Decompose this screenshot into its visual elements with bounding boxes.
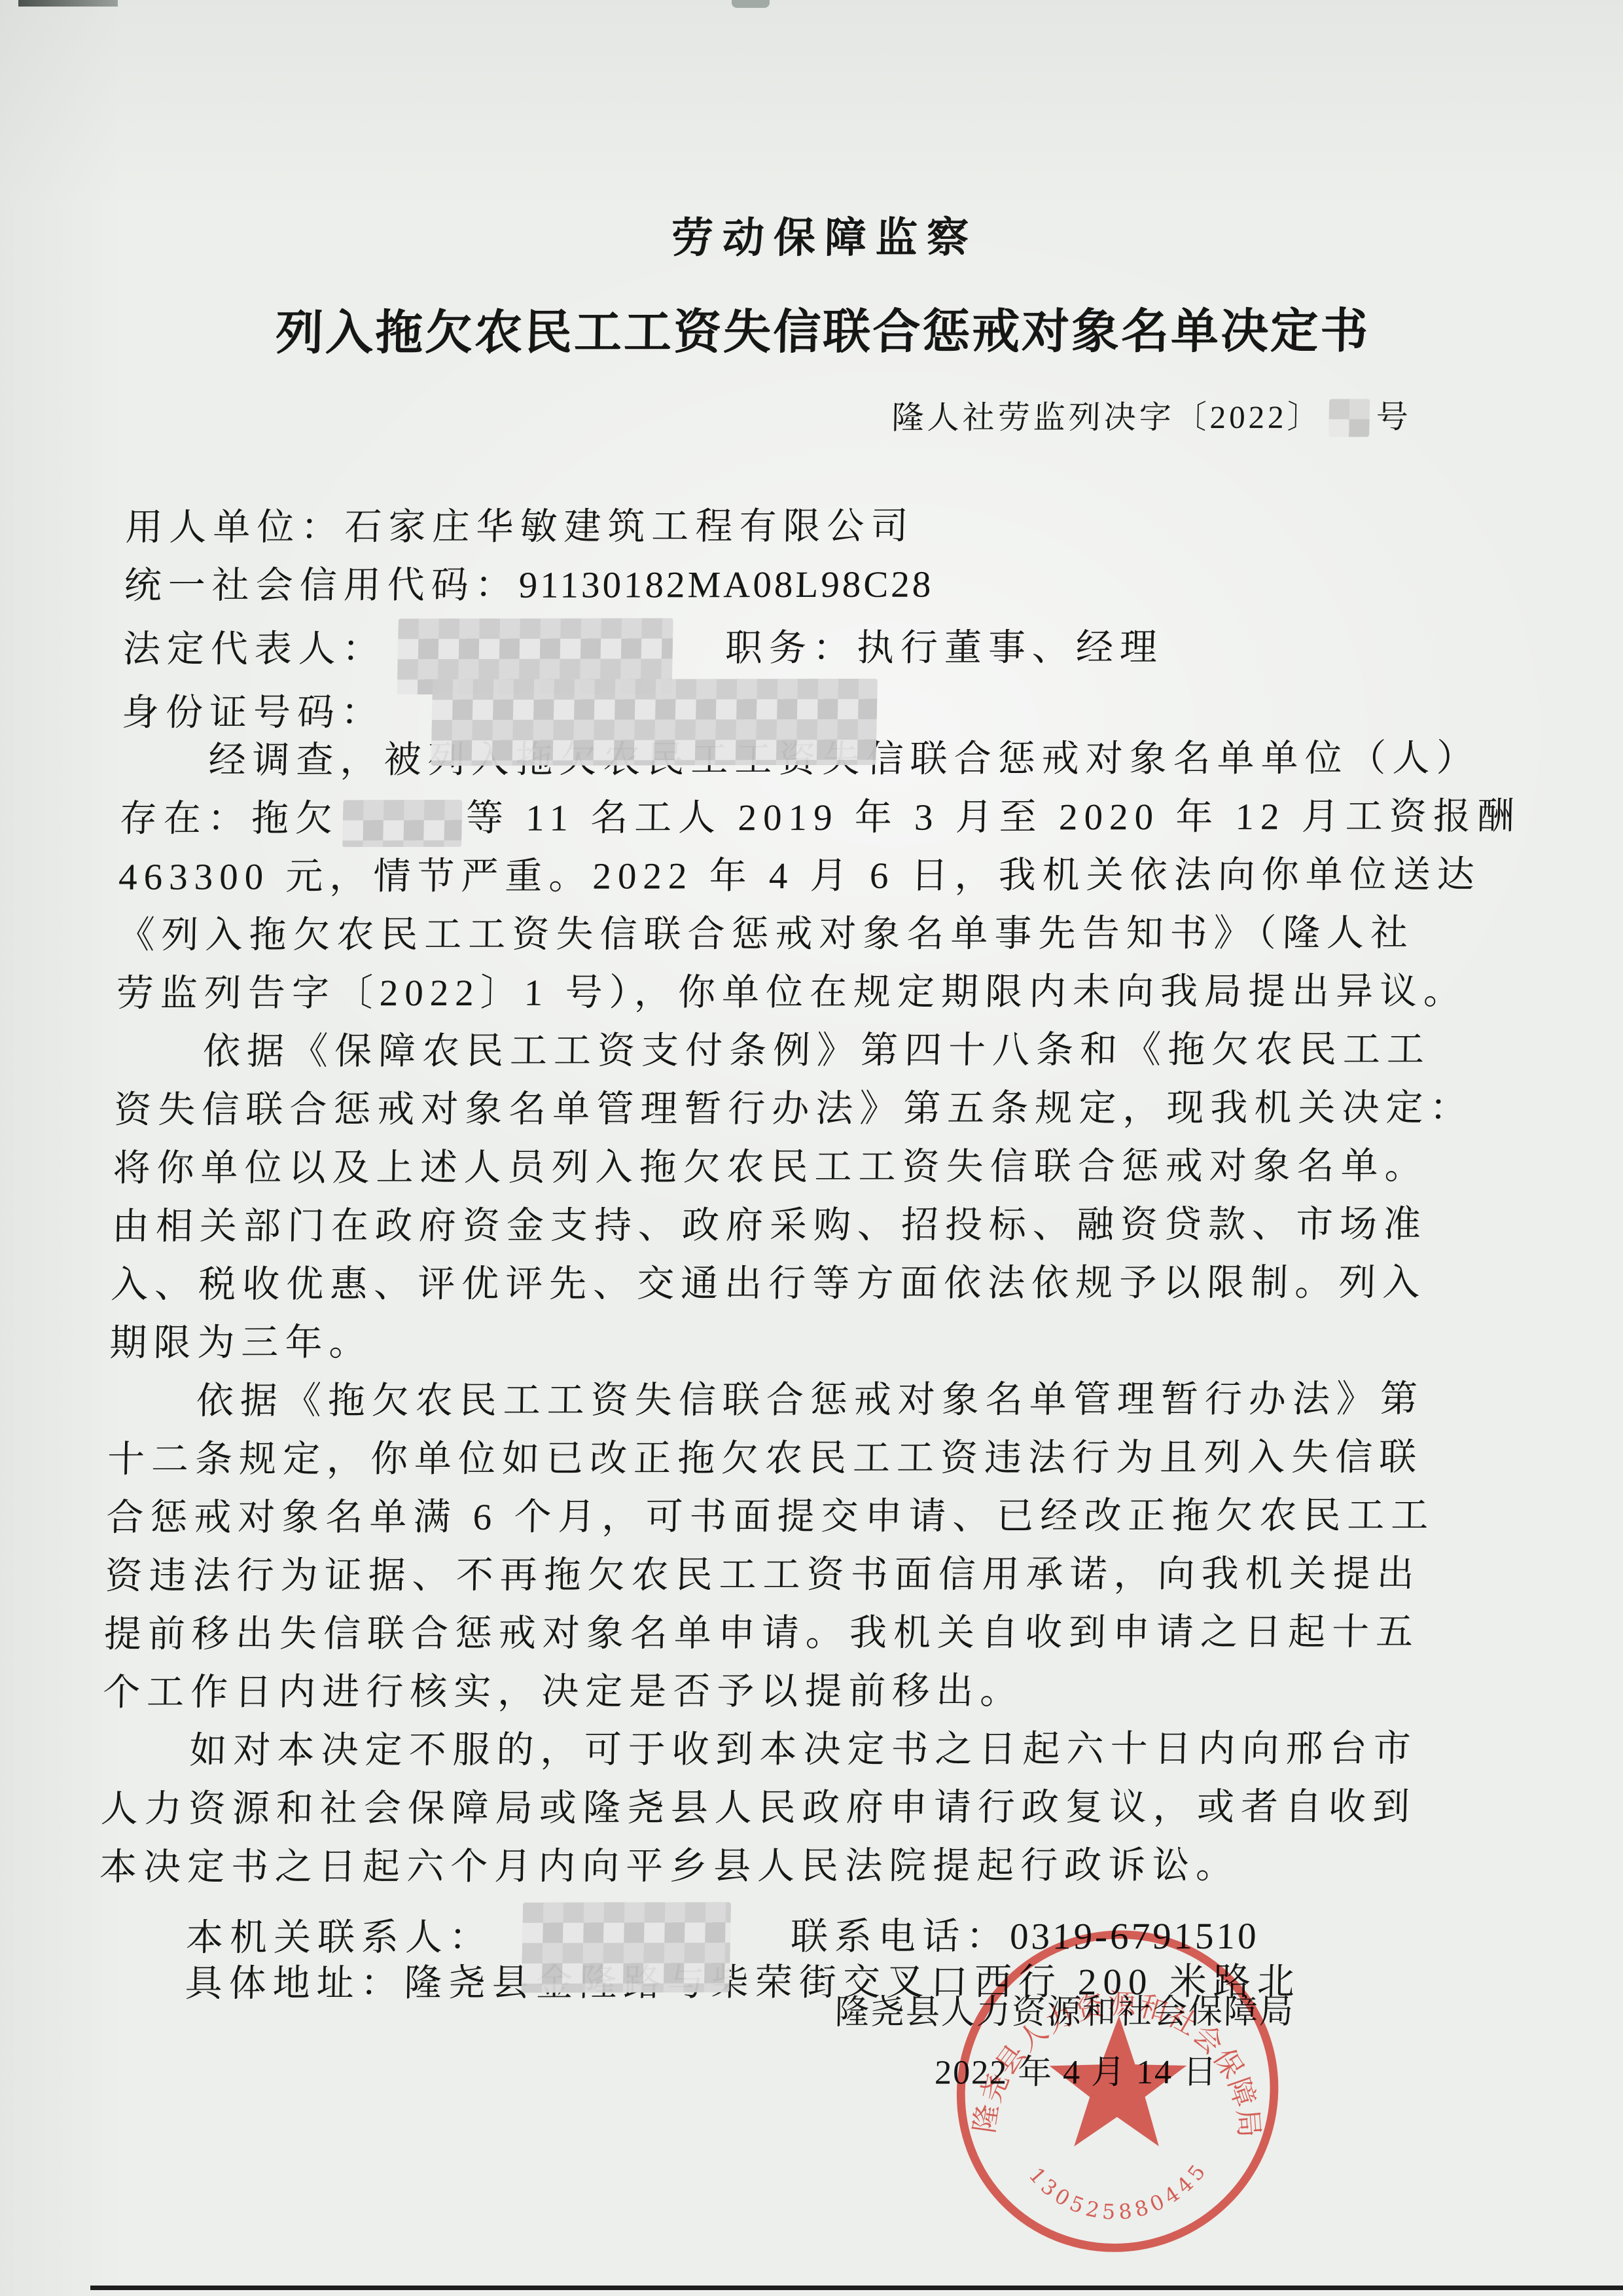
- seal-star-icon: [1048, 2016, 1188, 2147]
- scan-edge-artifact-bottom: [90, 2286, 1623, 2290]
- body-text: 等 11 名工人 2019 年 3 月至 2020 年 12 月工资报酬: [465, 796, 1521, 839]
- official-seal: 隆尧县人力资源和社会保障局 1305258804459: [947, 1924, 1289, 2259]
- doc-body: 用人单位：石家庄华敏建筑工程有限公司 统一社会信用代码：91130182MA08…: [97, 496, 1425, 2013]
- legal-rep-label: 法定代表人：: [122, 628, 386, 670]
- redacted-contact-name: [521, 1902, 731, 1993]
- employer-label: 用人单位：: [125, 507, 345, 548]
- redacted-worker-name: [342, 800, 462, 847]
- body-line: 463300 元，情节严重。2022 年 4 月 6 日，我机关依法向你单位送达: [118, 846, 1418, 906]
- body-line: 依据《拖欠农民工工资失信联合惩戒对象名单管理暂行办法》第: [108, 1370, 1408, 1430]
- doc-number-suffix: 号: [1376, 399, 1412, 435]
- body-line: 提前移出失信联合惩戒对象名单申请。我机关自收到申请之日起十五: [103, 1603, 1404, 1663]
- body-line: 个工作日内进行核实，决定是否予以提前移出。: [102, 1661, 1402, 1721]
- id-label: 身份证号码：: [121, 692, 385, 734]
- legal-rep-line: 法定代表人：职务：执行董事、经理: [122, 613, 1423, 673]
- body-line: 由相关部门在政府资金支持、政府采购、招投标、融资贷款、市场准: [111, 1195, 1412, 1255]
- position-value: 执行董事、经理: [856, 627, 1164, 669]
- body-line: 期限为三年。: [109, 1312, 1410, 1372]
- id-number-line: 身份证号码：: [121, 671, 1421, 731]
- credit-code-line: 统一社会信用代码：91130182MA08L98C28: [124, 554, 1424, 615]
- doc-number-prefix: 隆人社劳监列决字〔2022〕: [891, 399, 1323, 436]
- employer-value: 石家庄华敏建筑工程有限公司: [344, 506, 915, 548]
- contact-label: 本机关联系人：: [185, 1917, 493, 1959]
- body-line: 合惩戒对象名单满 6 个月，可书面提交申请、已经改正拖欠农民工工: [106, 1486, 1406, 1547]
- body-line: 人力资源和社会保障局或隆尧县人民政府申请行政复议，或者自收到: [100, 1778, 1400, 1838]
- body-line: 《列入拖欠农民工工资失信联合惩戒对象名单事先告知书》（隆人社: [117, 904, 1418, 964]
- doc-number-line: 隆人社劳监列决字〔2022〕号: [891, 391, 1412, 440]
- scanned-document-page: 劳动保障监察 列入拖欠农民工工资失信联合惩戒对象名单决定书 隆人社劳监列决字〔2…: [0, 0, 1623, 2296]
- body-line: 入、税收优惠、评优评先、交通出行等方面依法依规予以限制。列入: [110, 1253, 1410, 1314]
- redacted-id-number: [431, 679, 878, 766]
- position-label: 职务：: [724, 628, 857, 669]
- body-text: 存在：拖欠: [119, 798, 339, 840]
- employer-line: 用人单位：石家庄华敏建筑工程有限公司: [125, 496, 1425, 556]
- body-line: 资失信联合惩戒对象名单管理暂行办法》第五条规定，现我机关决定：: [114, 1079, 1414, 1139]
- credit-code-label: 统一社会信用代码：: [124, 565, 519, 607]
- body-line: 如对本决定不服的，可于收到本决定书之日起六十日内向邢台市: [101, 1719, 1402, 1780]
- doc-category-title: 劳动保障监察: [12, 203, 1623, 266]
- document-content: 劳动保障监察 列入拖欠农民工工资失信联合惩戒对象名单决定书 隆人社劳监列决字〔2…: [0, 0, 1623, 2296]
- body-line: 依据《保障农民工工资支付条例》第四十八条和《拖欠农民工工: [115, 1020, 1415, 1081]
- body-line: 将你单位以及上述人员列入拖欠农民工工资失信联合惩戒对象名单。: [113, 1137, 1413, 1197]
- body-line: 资违法行为证据、不再拖欠农民工工资书面信用承诺，向我机关提出: [105, 1545, 1405, 1605]
- redacted-doc-number: [1329, 399, 1370, 437]
- credit-code-value: 91130182MA08L98C28: [518, 564, 934, 606]
- body-line-with-redaction: 存在：拖欠等 11 名工人 2019 年 3 月至 2020 年 12 月工资报…: [119, 787, 1419, 848]
- body-line: 十二条规定，你单位如已改正拖欠农民工工资违法行为且列入失信联: [107, 1428, 1407, 1488]
- address-label: 具体地址：: [185, 1963, 404, 2005]
- doc-title: 列入拖欠农民工工资失信联合惩戒对象名单决定书: [10, 292, 1623, 363]
- body-line: 本决定书之日起六个月内向平乡县人民法院提起行政诉讼。: [99, 1836, 1399, 1896]
- body-line: 劳监列告字〔2022〕1 号），你单位在规定期限内未向我局提出异议。: [116, 962, 1416, 1022]
